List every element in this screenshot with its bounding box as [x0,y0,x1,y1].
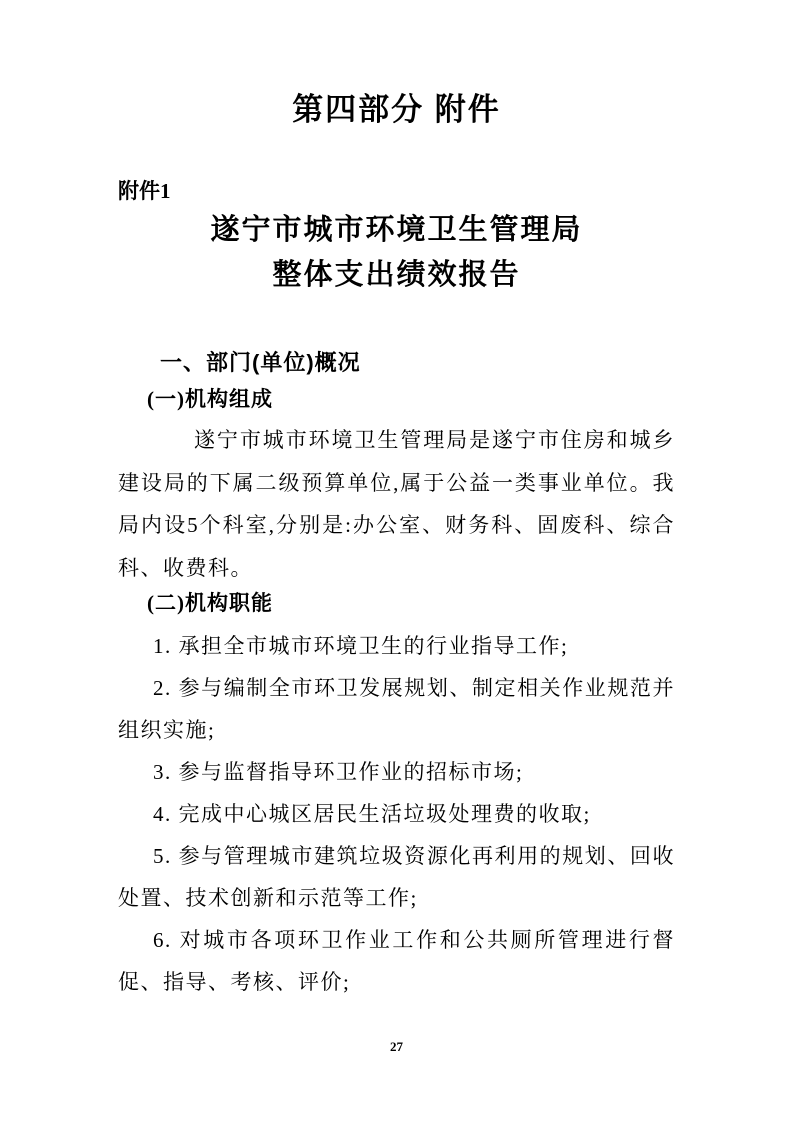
page-number: 27 [0,1039,793,1055]
duty-item: 5. 参与管理城市建筑垃圾资源化再利用的规划、回收处置、技术创新和示范等工作; [118,835,675,919]
duty-item: 6. 对城市各项环卫作业工作和公共厕所管理进行督促、指导、考核、评价; [118,919,675,1003]
composition-paragraph-block: 遂宁市城市环境卫生管理局是遂宁市住房和城乡建设局的下属二级预算单位,属于公益一类… [118,419,675,589]
part-heading: 第四部分 附件 [0,88,793,132]
composition-paragraph: 遂宁市城市环境卫生管理局是遂宁市住房和城乡建设局的下属二级预算单位,属于公益一类… [118,419,675,589]
subsection-heading-composition: (一)机构组成 [147,386,273,412]
subsection-heading-functions: (二)机构职能 [147,590,273,616]
report-title-line1: 遂宁市城市环境卫生管理局 [0,208,793,253]
duties-list: 1. 承担全市城市环境卫生的行业指导工作; 2. 参与编制全市环卫发展规划、制定… [118,625,675,1003]
duty-item: 1. 承担全市城市环境卫生的行业指导工作; [118,625,675,667]
document-page: 第四部分 附件 附件1 遂宁市城市环境卫生管理局 整体支出绩效报告 一、部门(单… [0,0,793,1122]
duty-item: 3. 参与监督指导环卫作业的招标市场; [118,751,675,793]
report-title-line2: 整体支出绩效报告 [0,253,793,298]
duty-item: 4. 完成中心城区居民生活垃圾处理费的收取; [118,793,675,835]
duty-item: 2. 参与编制全市环卫发展规划、制定相关作业规范并组织实施; [118,667,675,751]
attachment-label: 附件1 [118,178,171,204]
section-heading-overview: 一、部门(单位)概况 [160,350,361,376]
report-title: 遂宁市城市环境卫生管理局 整体支出绩效报告 [0,208,793,298]
